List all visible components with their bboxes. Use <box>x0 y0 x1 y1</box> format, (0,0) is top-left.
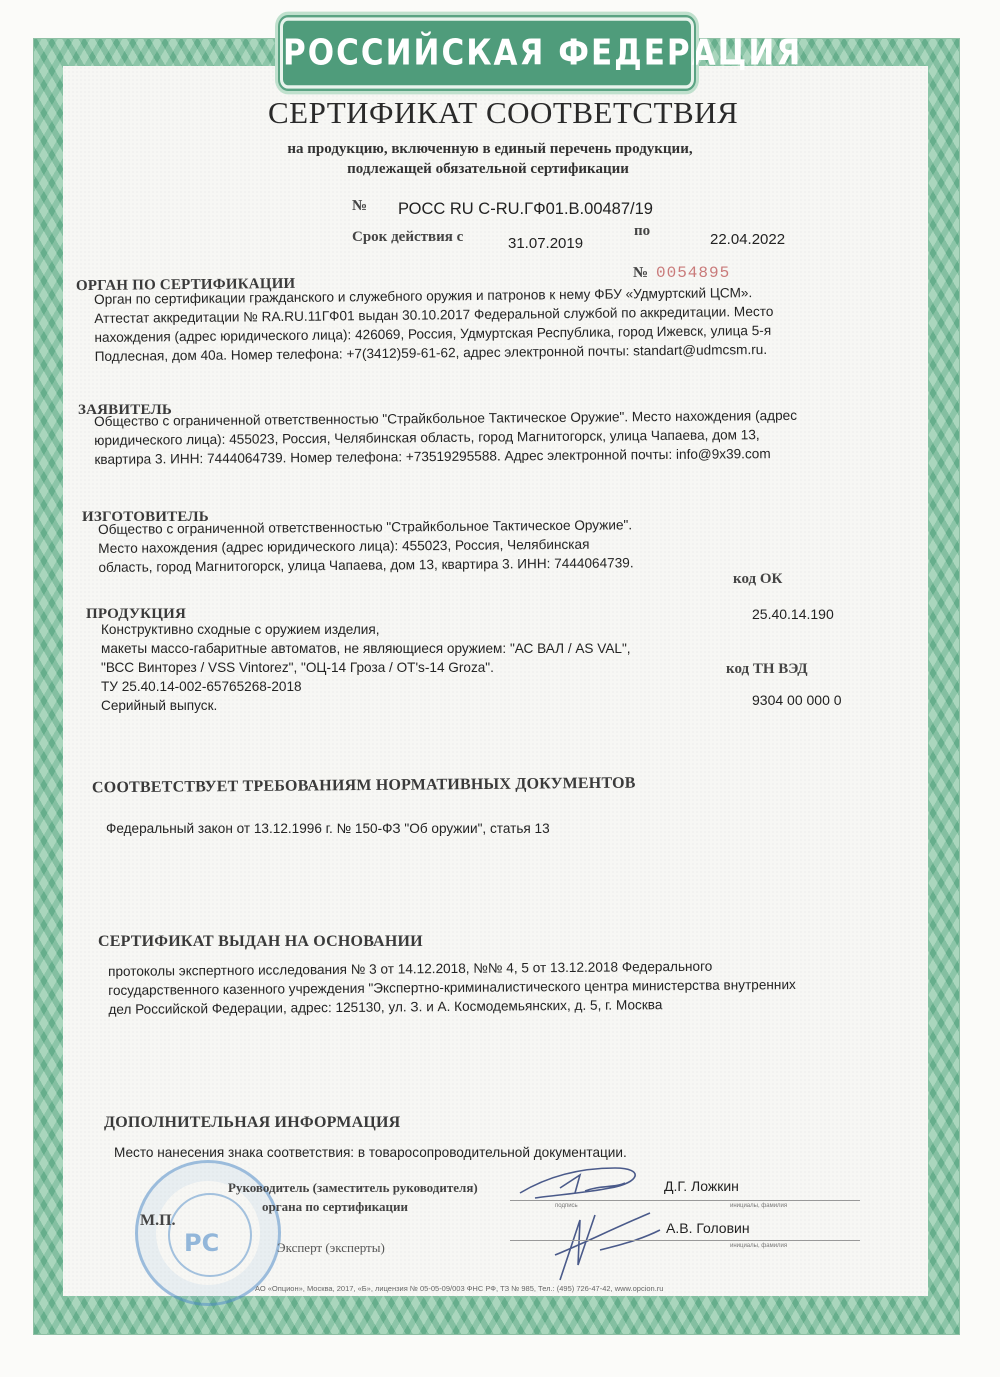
head-signature-icon <box>515 1163 655 1208</box>
additional-text: Место нанесения знака соответствия: в то… <box>114 1143 627 1162</box>
expert-signatory-label: Эксперт (эксперты) <box>277 1240 385 1256</box>
valid-from-date: 31.07.2019 <box>508 235 583 252</box>
certificate-number: РОСС RU C-RU.ГФ01.В.00487/19 <box>398 200 653 219</box>
head-signatory-label-line-1: Руководитель (заместитель руководителя) <box>228 1180 478 1196</box>
name-caption: инициалы, фамилия <box>730 1203 787 1209</box>
rs-conformity-mark-icon: РС <box>184 1229 219 1257</box>
expert-signature-icon <box>540 1205 670 1285</box>
ok-code-value: 25.40.14.190 <box>752 606 834 622</box>
applicant-text: Общество с ограниченной ответственностью… <box>94 406 797 469</box>
head-signatory-name: Д.Г. Ложкин <box>664 1178 739 1194</box>
manufacturer-text: Общество с ограниченной ответственностью… <box>98 515 634 577</box>
text-line: Серийный выпуск. <box>101 696 631 715</box>
stamp-place-label: М.П. <box>140 1212 176 1230</box>
form-number-label: № <box>633 265 648 282</box>
to-label: по <box>634 223 650 240</box>
expert-signature-line <box>510 1240 860 1241</box>
valid-to-date: 22.04.2022 <box>710 231 785 248</box>
text-line: Место нанесения знака соответствия: в то… <box>114 1143 627 1162</box>
conformity-text: Федеральный закон от 13.12.1996 г. № 150… <box>106 819 550 838</box>
validity-label: Срок действия с <box>352 229 463 246</box>
certification-body-text: Орган по сертификации гражданского и слу… <box>94 283 774 366</box>
basis-text: протоколы экспертного исследования № 3 о… <box>108 956 796 1019</box>
document-title: СЕРТИФИКАТ СООТВЕТСТВИЯ <box>268 95 738 131</box>
text-line: Федеральный закон от 13.12.1996 г. № 150… <box>106 819 550 838</box>
form-serial-number: 0054895 <box>656 264 730 282</box>
text-line: Конструктивно сходные с оружием изделия, <box>101 620 631 639</box>
section-heading-additional: ДОПОЛНИТЕЛЬНАЯ ИНФОРМАЦИЯ <box>104 1114 400 1132</box>
name-caption-expert: инициалы, фамилия <box>730 1243 787 1249</box>
tnved-code-label: код ТН ВЭД <box>726 661 808 678</box>
head-signatory-label-line-2: органа по сертификации <box>262 1199 408 1215</box>
text-line: макеты массо-габаритные автоматов, не яв… <box>101 639 631 658</box>
number-label: № <box>352 198 367 215</box>
subtitle-line-2: подлежащей обязательной сертификации <box>238 161 738 178</box>
text-line: "ВСС Винторез / VSS Vintorez", "ОЦ-14 Гр… <box>101 658 631 677</box>
subtitle-line-1: на продукцию, включенную в единый перече… <box>240 141 740 158</box>
section-heading-basis: СЕРТИФИКАТ ВЫДАН НА ОСНОВАНИИ <box>98 933 423 951</box>
product-text: Конструктивно сходные с оружием изделия,… <box>101 620 631 715</box>
printer-info: АО «Опцион», Москва, 2017, «Б», лицензия… <box>255 1284 663 1293</box>
head-signature-line <box>510 1200 860 1201</box>
country-banner: РОССИЙСКАЯ ФЕДЕРАЦИЯ <box>280 17 694 88</box>
ok-code-label: код ОК <box>733 571 782 588</box>
stamp-inner-ring: РС <box>168 1193 252 1277</box>
text-line: ТУ 25.40.14-002-65765268-2018 <box>101 677 631 696</box>
tnved-code-value: 9304 00 000 0 <box>752 692 842 708</box>
expert-signatory-name: А.В. Головин <box>666 1220 750 1236</box>
